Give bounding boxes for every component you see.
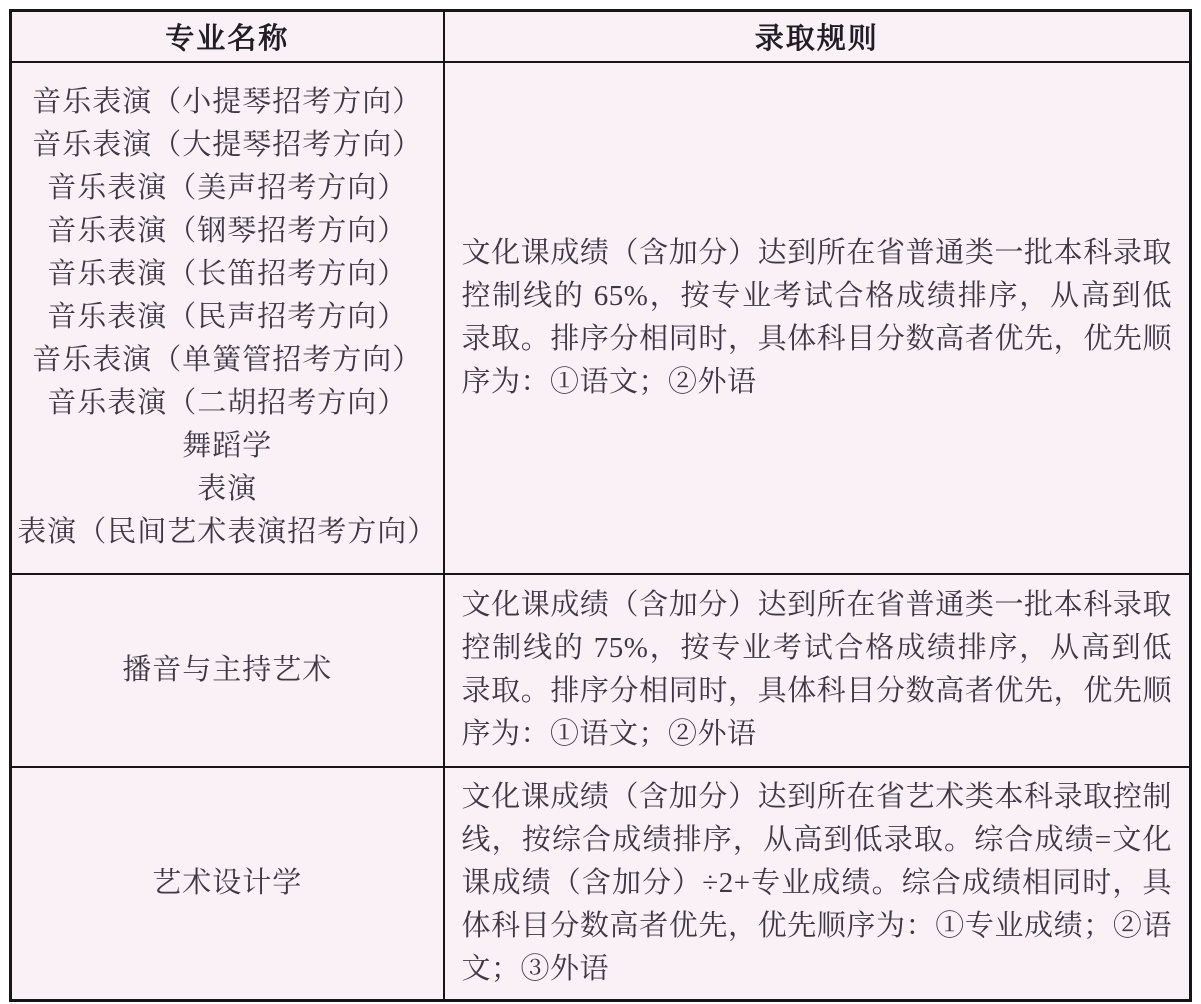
major-name-cell: 播音与主持艺术 [11, 574, 444, 767]
major-name: 音乐表演（小提琴招考方向） [12, 81, 443, 124]
header-row: 专业名称 录取规则 [11, 11, 1191, 62]
table-row: 音乐表演（小提琴招考方向）音乐表演（大提琴招考方向）音乐表演（美声招考方向）音乐… [11, 62, 1191, 574]
major-name-cell: 艺术设计学 [11, 767, 444, 1001]
major-name: 音乐表演（大提琴招考方向） [12, 124, 443, 167]
major-name: 音乐表演（单簧管招考方向） [12, 339, 443, 382]
major-name: 表演（民间艺术表演招考方向） [12, 511, 443, 554]
major-name-cell: 音乐表演（小提琴招考方向）音乐表演（大提琴招考方向）音乐表演（美声招考方向）音乐… [11, 62, 444, 574]
admission-rules-table: 专业名称 录取规则 音乐表演（小提琴招考方向）音乐表演（大提琴招考方向）音乐表演… [9, 9, 1192, 1002]
major-name: 音乐表演（民声招考方向） [12, 296, 443, 339]
major-name: 音乐表演（二胡招考方向） [12, 382, 443, 425]
table-header: 专业名称 录取规则 [11, 11, 1191, 62]
major-name: 音乐表演（钢琴招考方向） [12, 210, 443, 253]
admission-rule-cell: 文化课成绩（含加分）达到所在省普通类一批本科录取控制线的 75%，按专业考试合格… [444, 574, 1191, 767]
admission-rule-cell: 文化课成绩（含加分）达到所在省艺术类本科录取控制线，按综合成绩排序，从高到低录取… [444, 767, 1191, 1001]
table-body: 音乐表演（小提琴招考方向）音乐表演（大提琴招考方向）音乐表演（美声招考方向）音乐… [11, 62, 1191, 1001]
major-name: 表演 [12, 468, 443, 511]
admission-rule-cell: 文化课成绩（含加分）达到所在省普通类一批本科录取控制线的 65%，按专业考试合格… [444, 62, 1191, 574]
major-name: 播音与主持艺术 [12, 649, 443, 692]
major-name: 舞蹈学 [12, 425, 443, 468]
major-name: 音乐表演（美声招考方向） [12, 167, 443, 210]
header-cell-admission-rule: 录取规则 [444, 11, 1191, 62]
major-name: 音乐表演（长笛招考方向） [12, 253, 443, 296]
header-cell-major-name: 专业名称 [11, 11, 444, 62]
table-row: 播音与主持艺术文化课成绩（含加分）达到所在省普通类一批本科录取控制线的 75%，… [11, 574, 1191, 767]
table-row: 艺术设计学文化课成绩（含加分）达到所在省艺术类本科录取控制线，按综合成绩排序，从… [11, 767, 1191, 1001]
document-page: 专业名称 录取规则 音乐表演（小提琴招考方向）音乐表演（大提琴招考方向）音乐表演… [0, 0, 1201, 1004]
major-name: 艺术设计学 [12, 862, 443, 905]
